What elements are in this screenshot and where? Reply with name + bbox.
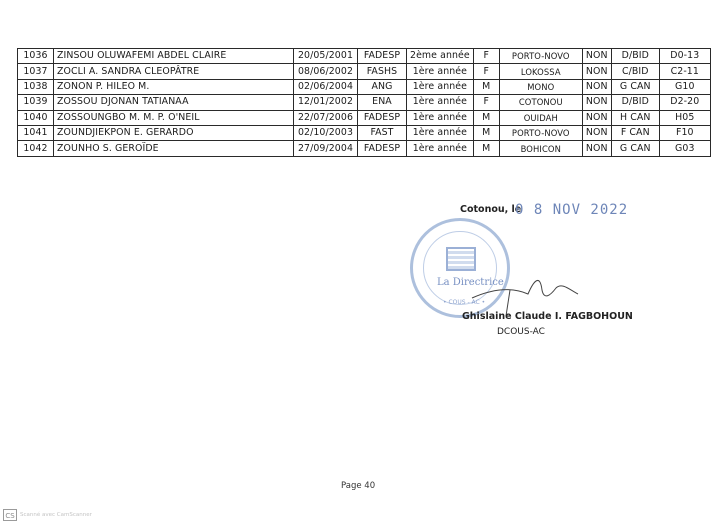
- cell-room: F10: [659, 125, 710, 140]
- table-row: 1040ZOSSOUNGBO M. M. P. O'NEIL22/07/2006…: [18, 110, 711, 125]
- cell-city: COTONOU: [499, 95, 582, 110]
- cell-name: ZOSSOU DJONAN TATIANAA: [54, 95, 294, 110]
- cell-city: LOKOSSA: [499, 64, 582, 79]
- cell-year: 2ème année: [407, 49, 474, 64]
- cell-number: 1036: [18, 49, 54, 64]
- cell-faculty: FASHS: [358, 64, 407, 79]
- cell-city: PORTO-NOVO: [499, 49, 582, 64]
- cell-building: D/BID: [611, 95, 659, 110]
- table-row: 1041ZOUNDJIEKPON E. GERARDO02/10/2003FAS…: [18, 125, 711, 140]
- camscanner-logo-icon: CS: [3, 509, 17, 521]
- cell-status: NON: [582, 95, 611, 110]
- cell-birthdate: 12/01/2002: [294, 95, 358, 110]
- cell-year: 1ère année: [407, 141, 474, 156]
- cell-room: C2-11: [659, 64, 710, 79]
- table-row: 1038ZONON P. HILEO M.02/06/2004ANG1ère a…: [18, 79, 711, 94]
- cell-birthdate: 27/09/2004: [294, 141, 358, 156]
- camscanner-watermark: Scanné avec CamScanner: [20, 512, 92, 518]
- table-row: 1039ZOSSOU DJONAN TATIANAA12/01/2002ENA1…: [18, 95, 711, 110]
- cell-sex: F: [473, 95, 499, 110]
- cell-sex: M: [473, 141, 499, 156]
- cell-birthdate: 08/06/2002: [294, 64, 358, 79]
- cell-status: NON: [582, 110, 611, 125]
- cell-city: OUIDAH: [499, 110, 582, 125]
- cell-building: F CAN: [611, 125, 659, 140]
- cell-name: ZOSSOUNGBO M. M. P. O'NEIL: [54, 110, 294, 125]
- cell-building: H CAN: [611, 110, 659, 125]
- cell-year: 1ère année: [407, 125, 474, 140]
- cell-name: ZONON P. HILEO M.: [54, 79, 294, 94]
- signer-name: Ghislaine Claude I. FAGBOHOUN: [462, 311, 633, 322]
- cell-year: 1ère année: [407, 79, 474, 94]
- cell-building: G CAN: [611, 79, 659, 94]
- cell-number: 1038: [18, 79, 54, 94]
- cell-name: ZOUNDJIEKPON E. GERARDO: [54, 125, 294, 140]
- cell-birthdate: 02/10/2003: [294, 125, 358, 140]
- cell-faculty: FAST: [358, 125, 407, 140]
- cell-city: BOHICON: [499, 141, 582, 156]
- cell-sex: F: [473, 64, 499, 79]
- cell-year: 1ère année: [407, 64, 474, 79]
- cell-year: 1ère année: [407, 110, 474, 125]
- cell-name: ZOUNHO S. GEROÏDE: [54, 141, 294, 156]
- cell-faculty: ENA: [358, 95, 407, 110]
- cell-sex: M: [473, 125, 499, 140]
- cell-number: 1039: [18, 95, 54, 110]
- cell-city: PORTO-NOVO: [499, 125, 582, 140]
- page-number: Page 40: [341, 481, 375, 491]
- cell-status: NON: [582, 79, 611, 94]
- cell-year: 1ère année: [407, 95, 474, 110]
- cell-faculty: ANG: [358, 79, 407, 94]
- cell-room: D2-20: [659, 95, 710, 110]
- cell-building: C/BID: [611, 64, 659, 79]
- cell-number: 1042: [18, 141, 54, 156]
- table-row: 1036ZINSOU OLUWAFEMI ABDEL CLAIRE20/05/2…: [18, 49, 711, 64]
- cell-faculty: FADESP: [358, 49, 407, 64]
- cell-room: H05: [659, 110, 710, 125]
- cell-building: D/BID: [611, 49, 659, 64]
- cell-birthdate: 02/06/2004: [294, 79, 358, 94]
- cell-name: ZOCLI A. SANDRA CLEOPÂTRE: [54, 64, 294, 79]
- cell-city: MONO: [499, 79, 582, 94]
- date-stamp: 0 8 NOV 2022: [515, 202, 628, 218]
- cell-name: ZINSOU OLUWAFEMI ABDEL CLAIRE: [54, 49, 294, 64]
- cell-birthdate: 20/05/2001: [294, 49, 358, 64]
- cell-status: NON: [582, 125, 611, 140]
- cell-faculty: FADESP: [358, 141, 407, 156]
- place-date-label: Cotonou, le: [460, 204, 521, 215]
- cell-status: NON: [582, 64, 611, 79]
- cell-room: D0-13: [659, 49, 710, 64]
- cell-birthdate: 22/07/2006: [294, 110, 358, 125]
- cell-number: 1037: [18, 64, 54, 79]
- cell-number: 1040: [18, 110, 54, 125]
- table-row: 1037ZOCLI A. SANDRA CLEOPÂTRE08/06/2002F…: [18, 64, 711, 79]
- cell-sex: M: [473, 110, 499, 125]
- cell-status: NON: [582, 141, 611, 156]
- table-row: 1042ZOUNHO S. GEROÏDE27/09/2004FADESP1èr…: [18, 141, 711, 156]
- cell-sex: F: [473, 49, 499, 64]
- student-list-table: 1036ZINSOU OLUWAFEMI ABDEL CLAIRE20/05/2…: [17, 48, 711, 157]
- cell-room: G10: [659, 79, 710, 94]
- cell-sex: M: [473, 79, 499, 94]
- cell-status: NON: [582, 49, 611, 64]
- signer-title: DCOUS-AC: [497, 327, 545, 337]
- cell-building: G CAN: [611, 141, 659, 156]
- cell-room: G03: [659, 141, 710, 156]
- cell-number: 1041: [18, 125, 54, 140]
- cell-faculty: FADESP: [358, 110, 407, 125]
